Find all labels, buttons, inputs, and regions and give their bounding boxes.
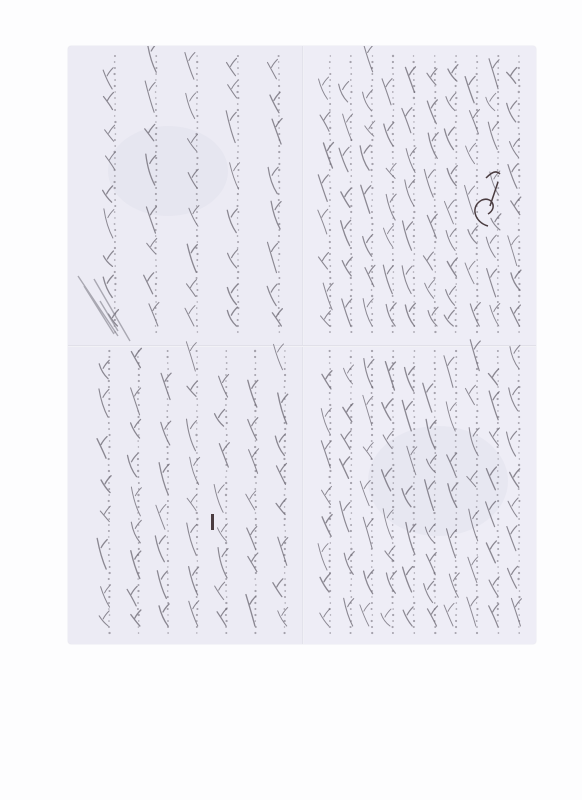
handwriting-layer — [68, 46, 536, 644]
scan-background: scanned handwritten letter — [0, 0, 582, 800]
letter-sheet — [68, 46, 536, 644]
